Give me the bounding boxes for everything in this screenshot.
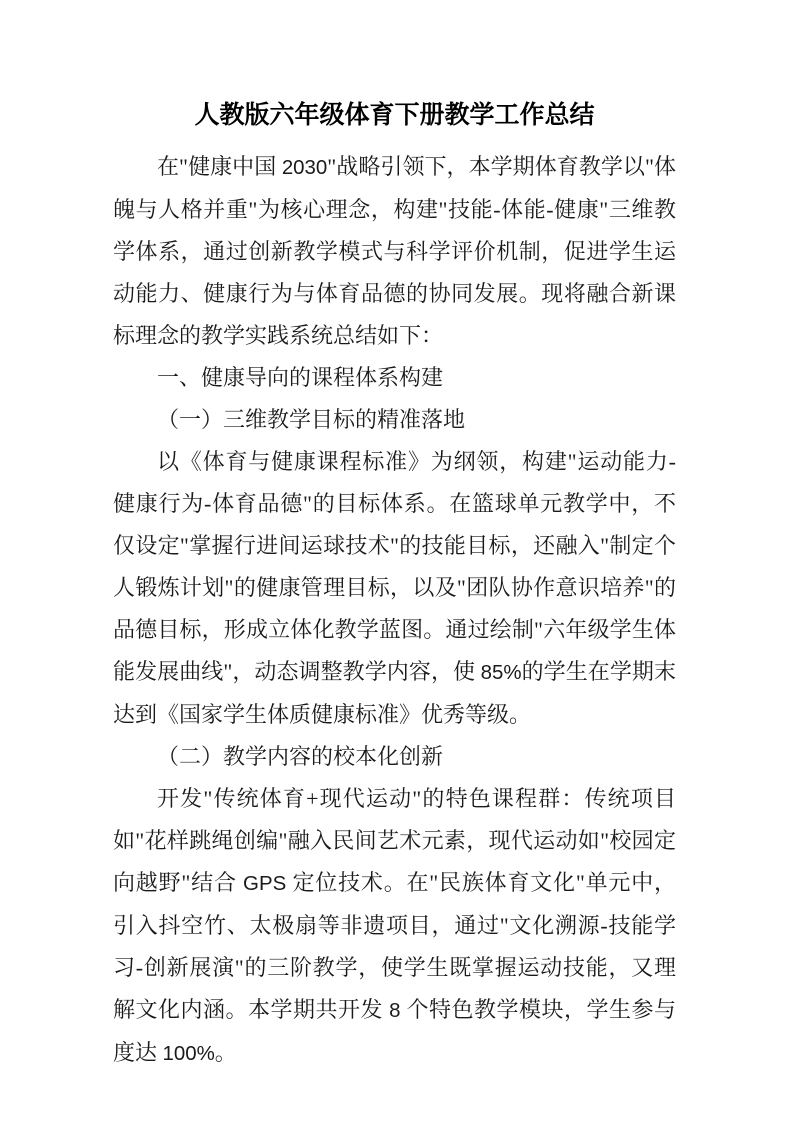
latin-text: GPS (243, 872, 286, 895)
document-title: 人教版六年级体育下册教学工作总结 (113, 94, 676, 138)
document-body: 在"健康中国 2030"战略引领下，本学期体育教学以"体魄与人格并重"为核心理念… (113, 146, 676, 1075)
paragraph: 开发"传统体育+现代运动"的特色课程群：传统项目如"花样跳绳创编"融入民间艺术元… (113, 778, 676, 1075)
section-heading: 一、健康导向的课程体系构建 (113, 357, 676, 399)
paragraph: 在"健康中国 2030"战略引领下，本学期体育教学以"体魄与人格并重"为核心理念… (113, 146, 676, 357)
latin-text: 85% (481, 661, 522, 684)
latin-text: 8 (389, 999, 400, 1022)
document-page: 人教版六年级体育下册教学工作总结 在"健康中国 2030"战略引领下，本学期体育… (0, 0, 793, 1122)
latin-text: 100% (163, 1042, 215, 1065)
subsection-heading: （二）教学内容的校本化创新 (113, 736, 676, 778)
paragraph: 以《体育与健康课程标准》为纲领，构建"运动能力-健康行为-体育品德"的目标体系。… (113, 441, 676, 736)
latin-text: 2030 (282, 156, 327, 179)
subsection-heading: （一）三维教学目标的精准落地 (113, 399, 676, 441)
